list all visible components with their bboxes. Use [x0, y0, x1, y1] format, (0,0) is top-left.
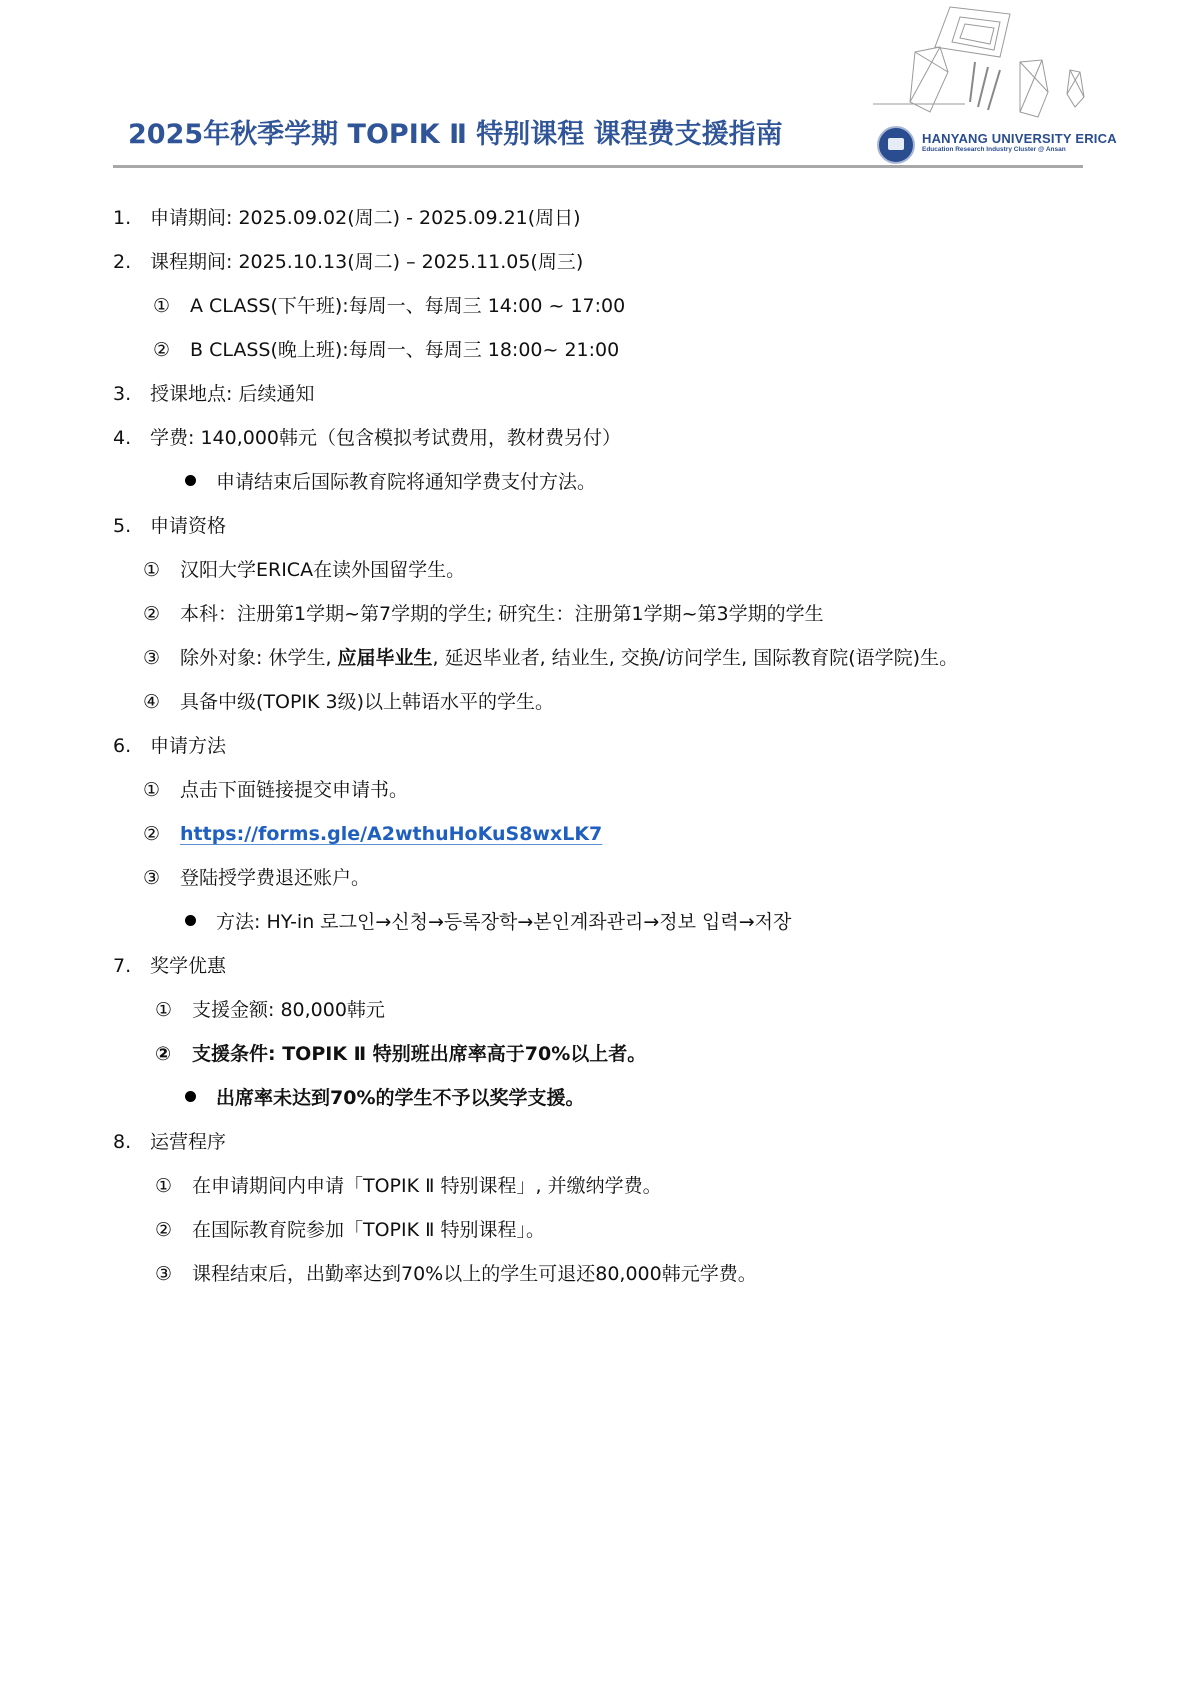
- item-text: 课程结束后，出勤率达到70%以上的学生可退还80,000韩元学费。: [192, 1263, 757, 1285]
- method-3: ③登陆授学费退还账户。: [143, 865, 370, 891]
- section-number: 2.: [113, 249, 150, 275]
- item-text: 本科：注册第1学期~第7学期的学生; 研究生：注册第1学期~第3学期的学生: [180, 603, 824, 625]
- section-5: 5.申请资格: [113, 513, 226, 539]
- item-text: , 延迟毕业者, 结业生, 交换/访问学生, 国际教育院(语学院)生。: [433, 647, 959, 669]
- section-number: 1.: [113, 205, 150, 231]
- application-period: 申请期间: 2025.09.02(周二) - 2025.09.21(周日): [150, 207, 581, 229]
- scholarship-2: ②支援条件: TOPIK Ⅱ 特别班出席率高于70%以上者。: [155, 1041, 646, 1067]
- eligibility-4: ④具备中级(TOPIK 3级)以上韩语水平的学生。: [143, 689, 554, 715]
- section-6: 6.申请方法: [113, 733, 226, 759]
- circled-number: ①: [155, 1173, 192, 1199]
- section-heading: 奖学优惠: [150, 955, 226, 977]
- course-period: 课程期间: 2025.10.13(周二) – 2025.11.05(周三): [150, 251, 583, 273]
- circled-number: ③: [155, 1261, 192, 1287]
- eligibility-2: ②本科：注册第1学期~第7学期的学生; 研究生：注册第1学期~第3学期的学生: [143, 601, 824, 627]
- scholarship-note: 出席率未达到70%的学生不予以奖学支援。: [185, 1085, 584, 1111]
- section-number: 3.: [113, 381, 150, 407]
- circled-number: ①: [143, 557, 180, 583]
- item-text-bold: 应届毕业生: [338, 647, 433, 669]
- circled-number: ①: [143, 777, 180, 803]
- circled-number: ②: [143, 821, 180, 847]
- university-seal-logo: [877, 126, 915, 164]
- section-number: 7.: [113, 953, 150, 979]
- section-3: 3.授课地点: 后续通知: [113, 381, 314, 407]
- item-text: A CLASS(下午班):每周一、每周三 14:00 ~ 17:00: [190, 295, 625, 317]
- scholarship-1: ①支援金额: 80,000韩元: [155, 997, 385, 1023]
- eligibility-3: ③除外对象: 休学生, 应届毕业生, 延迟毕业者, 结业生, 交换/访问学生, …: [143, 645, 958, 671]
- bullet-icon: [185, 475, 196, 486]
- circled-number: ②: [143, 601, 180, 627]
- circled-number: ①: [155, 997, 192, 1023]
- section-number: 6.: [113, 733, 150, 759]
- section-2: 2.课程期间: 2025.10.13(周二) – 2025.11.05(周三): [113, 249, 583, 275]
- method-1: ①点击下面链接提交申请书。: [143, 777, 408, 803]
- procedure-2: ②在国际教育院参加「TOPIK Ⅱ 特别课程」。: [155, 1217, 545, 1243]
- bullet-text: 方法: HY-in 로그인→신청→등록장학→본인계좌관리→정보 입력→저장: [216, 911, 791, 933]
- item-text: 在申请期间内申请「TOPIK Ⅱ 特别课程」, 并缴纳学费。: [192, 1175, 662, 1197]
- section-heading: 申请方法: [150, 735, 226, 757]
- section-number: 8.: [113, 1129, 150, 1155]
- item-text: 具备中级(TOPIK 3级)以上韩语水平的学生。: [180, 691, 554, 713]
- section-number: 5.: [113, 513, 150, 539]
- circled-number: ②: [155, 1217, 192, 1243]
- item-text: 除外对象: 休学生,: [180, 647, 338, 669]
- section-4: 4.学费: 140,000韩元（包含模拟考试费用，教材费另付）: [113, 425, 621, 451]
- bullet-icon: [185, 915, 196, 926]
- eligibility-1: ①汉阳大学ERICA在读外国留学生。: [143, 557, 465, 583]
- bullet-text: 申请结束后国际教育院将通知学费支付方法。: [216, 471, 596, 493]
- university-brand: HANYANG UNIVERSITY ERICA Education Resea…: [922, 131, 1117, 153]
- section-heading: 运营程序: [150, 1131, 226, 1153]
- bullet-icon: [185, 1091, 196, 1102]
- bullet-text: 出席率未达到70%的学生不予以奖学支援。: [216, 1087, 584, 1109]
- item-text: 登陆授学费退还账户。: [180, 867, 370, 889]
- item-text: 在国际教育院参加「TOPIK Ⅱ 特别课程」。: [192, 1219, 545, 1241]
- item-text: B CLASS(晚上班):每周一、每周三 18:00~ 21:00: [190, 339, 619, 361]
- section-8: 8.运营程序: [113, 1129, 226, 1155]
- section-heading: 申请资格: [150, 515, 226, 537]
- application-form-link[interactable]: https://forms.gle/A2wthuHoKuS8wxLK7: [180, 823, 602, 845]
- brand-name: HANYANG UNIVERSITY ERICA: [922, 131, 1117, 146]
- item-text: 点击下面链接提交申请书。: [180, 779, 408, 801]
- tuition-note: 申请结束后国际教育院将通知学费支付方法。: [185, 469, 596, 495]
- circled-number: ③: [143, 865, 180, 891]
- circled-number: ②: [155, 1041, 192, 1067]
- section-number: 4.: [113, 425, 150, 451]
- item-text: 支援金额: 80,000韩元: [192, 999, 385, 1021]
- tuition-text: 学费: 140,000韩元（包含模拟考试费用，教材费另付）: [150, 427, 621, 449]
- circled-number: ③: [143, 645, 180, 671]
- class-b: ②B CLASS(晚上班):每周一、每周三 18:00~ 21:00: [153, 337, 619, 363]
- procedure-3: ③课程结束后，出勤率达到70%以上的学生可退还80,000韩元学费。: [155, 1261, 757, 1287]
- circled-number: ④: [143, 689, 180, 715]
- location-text: 授课地点: 后续通知: [150, 383, 314, 405]
- method-2: ②https://forms.gle/A2wthuHoKuS8wxLK7: [143, 821, 602, 847]
- circled-number: ①: [153, 293, 190, 319]
- item-text: 汉阳大学ERICA在读外国留学生。: [180, 559, 465, 581]
- item-text: 支援条件: TOPIK Ⅱ 特别班出席率高于70%以上者。: [192, 1043, 646, 1065]
- page-title: 2025年秋季学期 TOPIK Ⅱ 特别课程 课程费支援指南: [128, 112, 783, 151]
- brand-subtitle: Education Research Industry Cluster @ An…: [922, 146, 1117, 153]
- section-1: 1.申请期间: 2025.09.02(周二) - 2025.09.21(周日): [113, 205, 581, 231]
- class-a: ①A CLASS(下午班):每周一、每周三 14:00 ~ 17:00: [153, 293, 625, 319]
- procedure-1: ①在申请期间内申请「TOPIK Ⅱ 特别课程」, 并缴纳学费。: [155, 1173, 662, 1199]
- circled-number: ②: [153, 337, 190, 363]
- section-7: 7.奖学优惠: [113, 953, 226, 979]
- campus-building-illustration: [870, 2, 1090, 122]
- method-note: 方法: HY-in 로그인→신청→등록장학→본인계좌관리→정보 입력→저장: [185, 909, 791, 935]
- header-divider: [113, 165, 1083, 168]
